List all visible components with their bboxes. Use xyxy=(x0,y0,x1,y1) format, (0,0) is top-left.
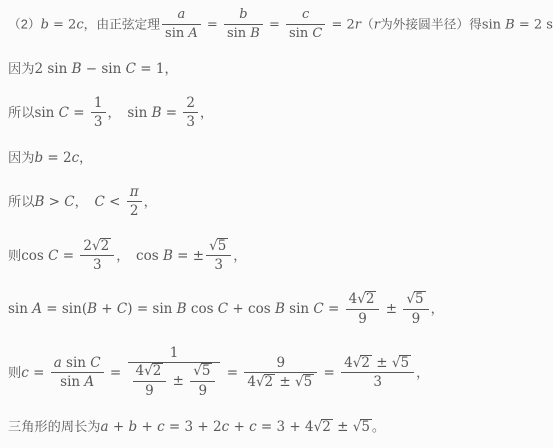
radicand: 2 xyxy=(100,238,112,253)
math-roman: 3 xyxy=(94,114,103,130)
chinese-text: ， xyxy=(200,105,213,120)
math-roman: 5 xyxy=(400,355,409,371)
math-roman: sin xyxy=(34,105,58,121)
math-variable: c xyxy=(249,419,257,435)
math-variable: c xyxy=(76,18,83,33)
math-roman: 3 xyxy=(214,257,223,273)
fraction-denominator: 9 xyxy=(403,310,428,327)
math-roman: 9 xyxy=(145,383,154,399)
math-roman: 4 xyxy=(344,355,353,371)
math-variable: A xyxy=(188,26,197,41)
math-roman: 1 xyxy=(170,345,179,361)
math-roman: sin xyxy=(127,105,151,121)
fraction-numerator: b xyxy=(224,7,263,25)
math-roman: ± xyxy=(333,419,353,435)
square-root: √5 xyxy=(209,238,228,254)
fraction: √59 xyxy=(190,363,215,398)
math-roman: + xyxy=(109,419,129,435)
fraction-numerator: a sin C xyxy=(51,355,104,373)
math-roman: 2 xyxy=(366,291,375,307)
math-roman: = xyxy=(324,302,344,318)
radicand: 5 xyxy=(414,291,426,306)
square-root: √2 xyxy=(92,238,111,254)
fraction-denominator: sin A xyxy=(51,373,104,390)
math-roman: 4 xyxy=(247,374,256,390)
fraction-denominator: 3 xyxy=(91,113,106,130)
chinese-text: ， xyxy=(416,365,429,380)
fraction: csin C xyxy=(286,7,325,41)
math-roman: 9 xyxy=(199,383,208,399)
math-variable: b xyxy=(34,150,43,166)
solution-line-2: 因为2 sin B − sin C = 1， xyxy=(8,61,541,78)
math-roman: 2 sin xyxy=(34,61,71,77)
chinese-text: ， xyxy=(75,194,95,209)
fraction: 14√29 ± √59 xyxy=(128,345,221,400)
math-roman: = xyxy=(58,248,78,264)
math-roman: = xyxy=(319,365,339,381)
fraction: √59 xyxy=(403,291,428,326)
chinese-text: 三角形的周长为 xyxy=(8,419,101,434)
math-roman: cos xyxy=(187,302,218,318)
chinese-text: 。 xyxy=(372,419,385,434)
chinese-text: ， xyxy=(108,105,128,120)
math-roman: 1 xyxy=(94,95,103,111)
solution-document: （2）b = 2c，由正弦定理asin A = bsin B = csin C … xyxy=(0,0,553,448)
fraction: 13 xyxy=(91,95,106,130)
math-roman: ± xyxy=(372,355,392,371)
chinese-text: ， xyxy=(79,150,92,165)
math-roman: 2 xyxy=(322,419,331,435)
solution-line-6: 则cos C = 2√23， cos B = ±√53， xyxy=(8,239,541,274)
fraction-numerator: √5 xyxy=(206,238,231,256)
square-root: √5 xyxy=(353,419,372,436)
math-roman: 5 xyxy=(304,374,313,390)
math-roman: sin xyxy=(165,26,188,41)
solution-line-9: 三角形的周长为a + b + c = 3 + 2c + c = 3 + 4√2 … xyxy=(8,419,541,436)
fraction-denominator: sin C xyxy=(286,25,325,42)
math-roman: = xyxy=(69,105,89,121)
math-variable: c xyxy=(302,7,309,22)
math-variable: C xyxy=(218,302,228,318)
chinese-text: ，由正弦定理 xyxy=(84,17,160,32)
math-roman: = xyxy=(222,365,242,381)
math-roman: ± xyxy=(168,374,188,390)
solution-line-7: sin A = sin(B + C) = sin B cos C + cos B… xyxy=(8,292,541,327)
math-roman: ) = sin xyxy=(127,302,176,318)
square-root: √2 xyxy=(353,355,372,371)
fraction-numerator: 4√2 xyxy=(346,291,380,309)
math-roman: ± xyxy=(275,374,295,390)
math-roman: = ± xyxy=(173,248,204,264)
radicand: 5 xyxy=(360,419,372,434)
radicand: 5 xyxy=(303,374,315,389)
math-roman: 9 xyxy=(358,311,367,327)
fraction: bsin B xyxy=(224,7,263,41)
math-roman: = 2 xyxy=(327,18,354,33)
math-roman: = xyxy=(29,365,49,381)
math-variable: C xyxy=(94,194,104,210)
math-roman: cos xyxy=(136,248,163,264)
fraction-denominator: 2 xyxy=(127,202,142,219)
math-roman: + cos xyxy=(228,302,275,318)
math-roman: = 3 + 2 xyxy=(165,419,222,435)
math-roman: 2 xyxy=(101,238,110,254)
math-roman: 3 xyxy=(186,114,195,130)
square-root: √2 xyxy=(256,374,275,390)
math-roman: = 2 sin xyxy=(515,18,553,33)
fraction-numerator: 9 xyxy=(244,355,317,373)
radicand: 2 xyxy=(365,291,377,306)
chinese-text: 因为 xyxy=(8,61,34,76)
math-variable: c xyxy=(21,365,29,381)
radicand: 2 xyxy=(360,355,372,370)
solution-line-4: 因为b = 2c， xyxy=(8,150,541,167)
square-root: √5 xyxy=(295,374,314,390)
math-variable: B xyxy=(177,302,187,318)
math-roman: > xyxy=(44,194,64,210)
math-variable: A xyxy=(84,374,94,390)
math-variable: B xyxy=(152,105,162,121)
math-variable: B xyxy=(163,248,173,264)
math-roman: 4 xyxy=(136,363,145,379)
fraction: 4√2 ± √53 xyxy=(341,355,414,390)
math-roman: sin xyxy=(482,18,505,33)
math-roman: + xyxy=(229,419,249,435)
math-roman: ± xyxy=(381,302,401,318)
math-roman: sin xyxy=(227,26,250,41)
chinese-text: 则 xyxy=(8,248,21,263)
fraction-numerator: √5 xyxy=(403,291,428,309)
fraction-numerator: √5 xyxy=(190,363,215,381)
math-roman: 9 xyxy=(412,311,421,327)
math-variable: b xyxy=(129,419,138,435)
square-root: √2 xyxy=(144,363,163,379)
math-variable: π xyxy=(130,184,139,200)
chinese-text: 为外接圆半径）得 xyxy=(380,17,482,32)
fraction: asin A xyxy=(162,7,201,41)
math-variable: C xyxy=(64,194,74,210)
math-roman: 2 xyxy=(186,95,195,111)
square-root: √5 xyxy=(406,291,425,307)
math-roman: sin xyxy=(289,26,312,41)
math-variable: B xyxy=(250,26,260,41)
fraction-numerator: a xyxy=(162,7,201,25)
math-roman: 4 xyxy=(349,291,358,307)
solution-line-1: （2）b = 2c，由正弦定理asin A = bsin B = csin C … xyxy=(8,8,541,42)
chinese-text: ， xyxy=(144,194,157,209)
math-variable: C xyxy=(126,61,136,77)
fraction: 4√29 xyxy=(133,363,167,398)
math-roman: 5 xyxy=(361,419,370,435)
math-roman: = 1 xyxy=(136,61,164,77)
math-roman: 3 xyxy=(93,257,102,273)
math-roman: = xyxy=(162,105,182,121)
math-roman: − sin xyxy=(81,61,125,77)
radicand: 2 xyxy=(264,374,276,389)
math-roman: sin xyxy=(285,302,314,318)
fraction-denominator: sin B xyxy=(224,25,263,42)
math-variable: C xyxy=(117,302,127,318)
math-variable: B xyxy=(72,61,82,77)
math-variable: B xyxy=(87,302,97,318)
math-roman: sin xyxy=(62,355,91,371)
math-roman: = 2 xyxy=(49,18,76,33)
math-variable: C xyxy=(59,105,69,121)
fraction-numerator: c xyxy=(286,7,325,25)
chinese-text: 因为 xyxy=(8,150,34,165)
math-variable: a xyxy=(101,419,109,435)
math-roman: = 3 + 4 xyxy=(257,419,314,435)
math-variable: C xyxy=(90,355,100,371)
chinese-text: ， xyxy=(431,302,444,317)
fraction: 2√23 xyxy=(80,238,114,273)
fraction-denominator: 3 xyxy=(80,256,114,273)
math-variable: B xyxy=(275,302,285,318)
fraction-denominator: 3 xyxy=(341,373,414,390)
fraction-denominator: 4√2 ± √5 xyxy=(244,373,317,390)
fraction: a sin Csin A xyxy=(51,355,104,390)
fraction-numerator: π xyxy=(127,184,142,202)
math-roman: = 2 xyxy=(43,150,71,166)
math-roman: 5 xyxy=(218,238,227,254)
fraction-denominator: 9 xyxy=(190,382,215,399)
fraction-denominator: 3 xyxy=(206,256,231,273)
math-variable: C xyxy=(313,302,323,318)
math-variable: C xyxy=(48,248,58,264)
fraction-numerator: 2 xyxy=(183,95,198,113)
math-variable: b xyxy=(239,7,247,22)
chinese-text: （ xyxy=(361,17,374,32)
radicand: 5 xyxy=(399,355,411,370)
solution-line-8: 则c = a sin Csin A = 14√29 ± √59 = 94√2 ±… xyxy=(8,346,541,401)
chinese-text: 则 xyxy=(8,365,21,380)
math-roman: 2 xyxy=(153,363,162,379)
chinese-text: ， xyxy=(233,248,246,263)
math-variable: B xyxy=(505,18,515,33)
fraction-numerator: 1 xyxy=(91,95,106,113)
fraction: 94√2 ± √5 xyxy=(244,355,317,390)
math-variable: C xyxy=(312,26,322,41)
radicand: 2 xyxy=(321,419,333,434)
math-roman: = sin( xyxy=(42,302,87,318)
fraction: √53 xyxy=(206,238,231,273)
chinese-text: 所以 xyxy=(8,105,34,120)
fraction-denominator: 9 xyxy=(133,382,167,399)
math-roman: 2 xyxy=(361,355,370,371)
math-roman: = xyxy=(106,365,126,381)
math-roman: < xyxy=(105,194,125,210)
math-variable: c xyxy=(157,419,165,435)
radicand: 5 xyxy=(217,238,229,253)
chinese-text: ， xyxy=(164,61,177,76)
math-variable: c xyxy=(72,150,80,166)
math-roman: = xyxy=(265,18,284,33)
fraction: 4√29 xyxy=(346,291,380,326)
math-roman: 9 xyxy=(277,355,286,371)
math-roman: 5 xyxy=(415,291,424,307)
math-roman: + xyxy=(137,419,157,435)
math-variable: B xyxy=(34,194,44,210)
math-variable: b xyxy=(41,18,49,33)
math-roman: sin xyxy=(60,374,84,390)
math-variable: a xyxy=(54,355,62,371)
radicand: 2 xyxy=(152,363,164,378)
math-roman: 5 xyxy=(202,363,211,379)
fraction: π2 xyxy=(127,184,142,219)
math-roman: 2 xyxy=(265,374,274,390)
square-root: √5 xyxy=(193,363,212,379)
chinese-text: 所以 xyxy=(8,194,34,209)
radicand: 5 xyxy=(201,363,213,378)
math-roman: 2 xyxy=(130,203,139,219)
fraction-denominator: sin A xyxy=(162,25,201,42)
math-roman: sin xyxy=(8,302,32,318)
math-roman: cos xyxy=(21,248,48,264)
math-variable: A xyxy=(32,302,42,318)
math-roman: + xyxy=(97,302,117,318)
solution-line-5: 所以B > C， C < π2， xyxy=(8,185,541,220)
fraction-numerator: 4√2 xyxy=(133,363,167,381)
fraction-numerator: 2√2 xyxy=(80,238,114,256)
chinese-text: （2） xyxy=(8,17,41,32)
square-root: √2 xyxy=(357,291,376,307)
math-roman: 3 xyxy=(373,374,382,390)
math-roman: = xyxy=(203,18,222,33)
square-root: √2 xyxy=(314,419,333,436)
chinese-text: ， xyxy=(116,248,136,263)
solution-line-3: 所以sin C = 13， sin B = 23， xyxy=(8,96,541,131)
math-roman: 2 xyxy=(83,238,92,254)
fraction: 23 xyxy=(183,95,198,130)
fraction-numerator: 4√2 ± √5 xyxy=(341,355,414,373)
square-root: √5 xyxy=(392,355,411,371)
math-variable: a xyxy=(178,7,186,22)
fraction-denominator: 4√29 ± √59 xyxy=(128,363,221,399)
fraction-denominator: 9 xyxy=(346,310,380,327)
fraction-denominator: 3 xyxy=(183,113,198,130)
fraction-numerator: 1 xyxy=(128,345,221,363)
